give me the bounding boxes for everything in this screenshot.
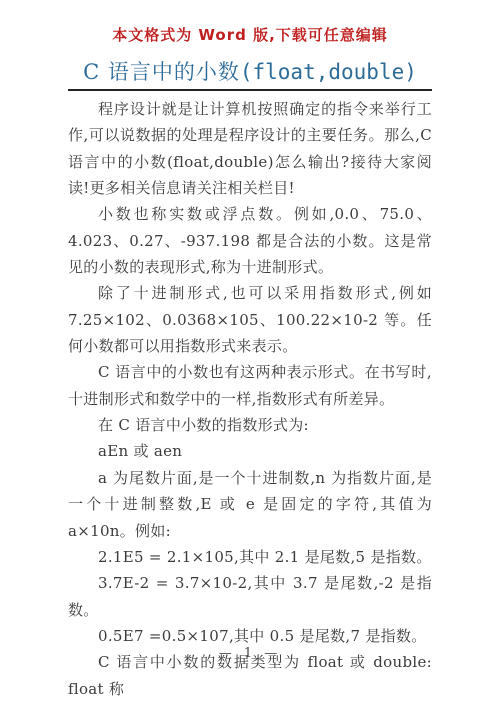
body-paragraph: 3.7E-2 = 3.7×10-2,其中 3.7 是尾数,-2 是指数。 [68,570,432,623]
word-format-notice: 本文格式为 Word 版,下载可任意编辑 [0,24,500,45]
body-paragraph: a 为尾数片面,是一个十进制数,n 为指数片面,是一个十进制整数,E 或 e 是… [68,465,432,544]
body-paragraph: aEn 或 aen [68,438,432,464]
body-paragraph: 除了十进制形式,也可以采用指数形式,例如 7.25×102、0.0368×105… [68,280,432,359]
document-page: 本文格式为 Word 版,下载可任意编辑 C 语言中的小数(float,doub… [0,0,500,707]
body-paragraph: 2.1E5 = 2.1×105,其中 2.1 是尾数,5 是指数。 [68,544,432,570]
body-paragraph: 在 C 语言中小数的指数形式为: [68,412,432,438]
body-paragraph: 程序设计就是让计算机按照确定的指令来举行工作,可以说数据的处理是程序设计的主要任… [68,96,432,201]
title-divider-rule [68,89,432,91]
page-title: C 语言中的小数(float,double) [0,56,500,86]
body-paragraph: C 语言中的小数也有这两种表示形式。在书写时,十进制形式和数学中的一样,指数形式… [68,359,432,412]
page-number: — 1 — [0,646,500,661]
document-body: 程序设计就是让计算机按照确定的指令来举行工作,可以说数据的处理是程序设计的主要任… [68,96,432,702]
page-title-latin: (float,double) [240,60,417,84]
body-paragraph: 小数也称实数或浮点数。例如,0.0、75.0、4.023、0.27、-937.1… [68,201,432,280]
page-title-chinese: C 语言中的小数 [83,60,240,84]
